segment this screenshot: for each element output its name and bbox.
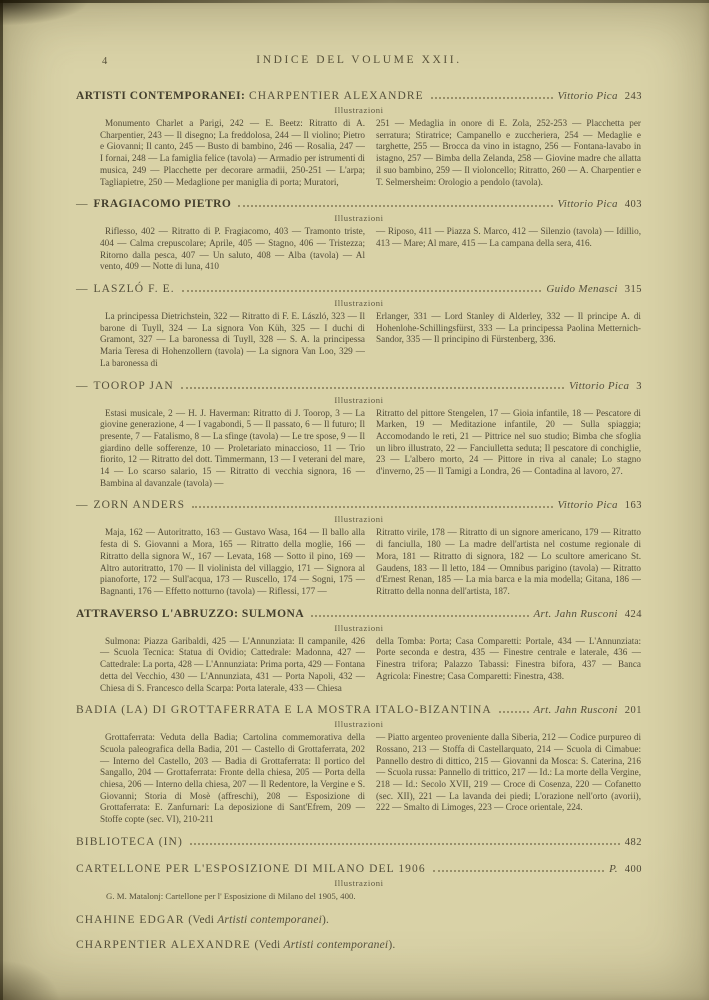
entry-page-ref: 163 [625, 500, 642, 511]
illustrations-label: Illustrazioni [76, 105, 642, 115]
illustrations-columns: Monumento Charlet a Parigi, 242 — E. Bee… [100, 118, 641, 188]
index-entry-badia-grottaferrata: BADIA (LA) DI GROTTAFERRATA E LA MOSTRA … [76, 704, 642, 826]
dotted-leader [182, 290, 542, 292]
illustrations-column-left: Grottaferrata: Veduta della Badia; Carto… [100, 732, 365, 826]
entry-page-ref: 403 [625, 199, 642, 210]
page-title: INDICE DEL VOLUME XXII. [76, 52, 642, 66]
entry-title: ARTISTI CONTEMPORANEI: CHARPENTIER ALEXA… [76, 90, 424, 102]
index-entry-cartellone: CARTELLONE PER L'ESPOSIZIONE DI MILANO D… [76, 863, 642, 901]
entry-page-ref: 243 [625, 91, 642, 102]
dotted-leader [238, 205, 552, 207]
illustrations-label: Illustrazioni [76, 514, 642, 524]
illustrations-column-right: — Piatto argenteo proveniente dalla Sibe… [376, 732, 641, 826]
entry-heading: —TOOROP JAN Vittorio Pica 3 [76, 380, 642, 392]
illustrations-label: Illustrazioni [76, 719, 642, 729]
entry-page-ref: 315 [625, 284, 642, 295]
entry-title: BIBLIOTECA (IN) [76, 836, 183, 848]
illustrations-columns: Sulmona: Piazza Garibaldi, 425 — L'Annun… [100, 636, 641, 695]
entry-page-ref: 424 [625, 609, 642, 620]
index-entry-biblioteca: BIBLIOTECA (IN) 482 [76, 836, 642, 848]
entry-title: CHAHINE EDGAR [76, 914, 185, 926]
index-entry-chahine: CHAHINE EDGAR (Vedi Artisti contemporane… [76, 914, 642, 926]
scan-corner-shadow [0, 0, 90, 26]
illustrations-columns: La principessa Dietrichstein, 322 — Ritr… [100, 311, 641, 370]
scan-edge-left [0, 0, 3, 1000]
entry-title: —TOOROP JAN [76, 380, 174, 392]
illustrations-column-left: Estasi musicale, 2 — H. J. Haverman: Rit… [100, 408, 365, 490]
illustrations-column-left: La principessa Dietrichstein, 322 — Ritr… [100, 311, 365, 370]
entry-heading: —LASZLÓ F. E. Guido Menasci 315 [76, 283, 642, 295]
illustrations-columns: Grottaferrata: Veduta della Badia; Carto… [100, 732, 641, 826]
illustrations-column-right: della Tomba: Porta; Casa Comparetti: Por… [376, 636, 641, 695]
entry-heading: —ZORN ANDERS Vittorio Pica 163 [76, 499, 642, 511]
index-entry-charpentier: ARTISTI CONTEMPORANEI: CHARPENTIER ALEXA… [76, 90, 642, 188]
entry-page-ref: 3 [636, 381, 642, 392]
entry-page-ref: 482 [625, 837, 642, 848]
entry-title: CARTELLONE PER L'ESPOSIZIONE DI MILANO D… [76, 863, 426, 875]
dotted-leader [499, 711, 529, 713]
entry-page-ref: 201 [625, 705, 642, 716]
entry-heading: —FRAGIACOMO PIETRO Vittorio Pica 403 [76, 198, 642, 210]
scan-edge-top [0, 0, 709, 3]
entry-title: ATTRAVERSO L'ABRUZZO: SULMONA [76, 608, 304, 620]
dotted-leader [311, 615, 528, 617]
dotted-leader [433, 870, 604, 872]
illustrations-columns: Riflesso, 402 — Ritratto di P. Fragiacom… [100, 226, 641, 273]
entry-heading: CARTELLONE PER L'ESPOSIZIONE DI MILANO D… [76, 863, 642, 875]
entry-author: Vittorio Pica [558, 499, 618, 511]
illustrations-columns: Estasi musicale, 2 — H. J. Haverman: Rit… [100, 408, 641, 490]
scanned-index-page: 4 INDICE DEL VOLUME XXII. ARTISTI CONTEM… [0, 0, 709, 1000]
entry-title: BADIA (LA) DI GROTTAFERRATA E LA MOSTRA … [76, 704, 492, 716]
entry-author: Vittorio Pica [558, 90, 618, 102]
illustrations-column-left: Sulmona: Piazza Garibaldi, 425 — L'Annun… [100, 636, 365, 695]
index-entry-fragiacomo: —FRAGIACOMO PIETRO Vittorio Pica 403 Ill… [76, 198, 642, 273]
index-entry-charpentier-see: CHARPENTIER ALEXANDRE (Vedi Artisti cont… [76, 939, 642, 951]
index-entry-toorop: —TOOROP JAN Vittorio Pica 3 Illustrazion… [76, 380, 642, 490]
entry-title: —LASZLÓ F. E. [76, 283, 175, 295]
see-reference: (Vedi [255, 939, 284, 951]
illustrations-label: Illustrazioni [76, 213, 642, 223]
index-entry-laszlo: —LASZLÓ F. E. Guido Menasci 315 Illustra… [76, 283, 642, 370]
entry-author: Vittorio Pica [558, 198, 618, 210]
dotted-leader [192, 506, 552, 508]
entry-heading: ATTRAVERSO L'ABRUZZO: SULMONA Art. Jahn … [76, 608, 642, 620]
illustrations-column-right: Ritratto del pittore Stengelen, 17 — Gio… [376, 408, 641, 490]
illustrations-columns: Maja, 162 — Autoritratto, 163 — Gustavo … [100, 527, 641, 597]
see-reference-target: Artisti contemporanei [284, 939, 389, 951]
entry-heading: ARTISTI CONTEMPORANEI: CHARPENTIER ALEXA… [76, 90, 642, 102]
index-entry-zorn: —ZORN ANDERS Vittorio Pica 163 Illustraz… [76, 499, 642, 597]
dotted-leader [181, 387, 564, 389]
illustrations-column-left: Monumento Charlet a Parigi, 242 — E. Bee… [100, 118, 365, 188]
entry-page-ref: 400 [625, 864, 642, 875]
illustrations-label: Illustrazioni [76, 298, 642, 308]
illustrations-column-left: Maja, 162 — Autoritratto, 163 — Gustavo … [100, 527, 365, 597]
entry-author: Art. Jahn Rusconi [534, 608, 618, 620]
entry-title: —FRAGIACOMO PIETRO [76, 198, 231, 210]
scan-corner-shadow-bottom [0, 960, 60, 1000]
index-entry-abruzzo-sulmona: ATTRAVERSO L'ABRUZZO: SULMONA Art. Jahn … [76, 608, 642, 695]
page-content: 4 INDICE DEL VOLUME XXII. ARTISTI CONTEM… [76, 52, 642, 964]
illustrations-column-left: Riflesso, 402 — Ritratto di P. Fragiacom… [100, 226, 365, 273]
dotted-leader [431, 97, 553, 99]
illustrations-label: Illustrazioni [76, 878, 642, 888]
entry-author: P. [609, 863, 618, 875]
dotted-leader [190, 843, 620, 845]
illustrations-column-right: Ritratto virile, 178 — Ritratto di un si… [376, 527, 641, 597]
see-reference: (Vedi [188, 914, 217, 926]
illustration-credit-line: G. M. Matalonj: Cartellone per l' Esposi… [106, 891, 642, 901]
entry-heading: BADIA (LA) DI GROTTAFERRATA E LA MOSTRA … [76, 704, 642, 716]
entry-author: Guido Menasci [546, 283, 617, 295]
illustrations-column-right: — Riposo, 411 — Piazza S. Marco, 412 — S… [376, 226, 641, 273]
entry-author: Art. Jahn Rusconi [534, 704, 618, 716]
illustrations-label: Illustrazioni [76, 395, 642, 405]
illustrations-label: Illustrazioni [76, 623, 642, 633]
page-header: 4 INDICE DEL VOLUME XXII. [76, 52, 642, 74]
entry-author: Vittorio Pica [569, 380, 629, 392]
page-number: 4 [102, 56, 107, 67]
illustrations-column-right: Erlanger, 331 — Lord Stanley di Alderley… [376, 311, 641, 370]
entry-title: —ZORN ANDERS [76, 499, 185, 511]
illustrations-column-right: 251 — Medaglia in onore di E. Zola, 252-… [376, 118, 641, 188]
entry-heading: BIBLIOTECA (IN) 482 [76, 836, 642, 848]
entry-title: CHARPENTIER ALEXANDRE [76, 939, 251, 951]
see-reference-target: Artisti contemporanei [217, 914, 322, 926]
